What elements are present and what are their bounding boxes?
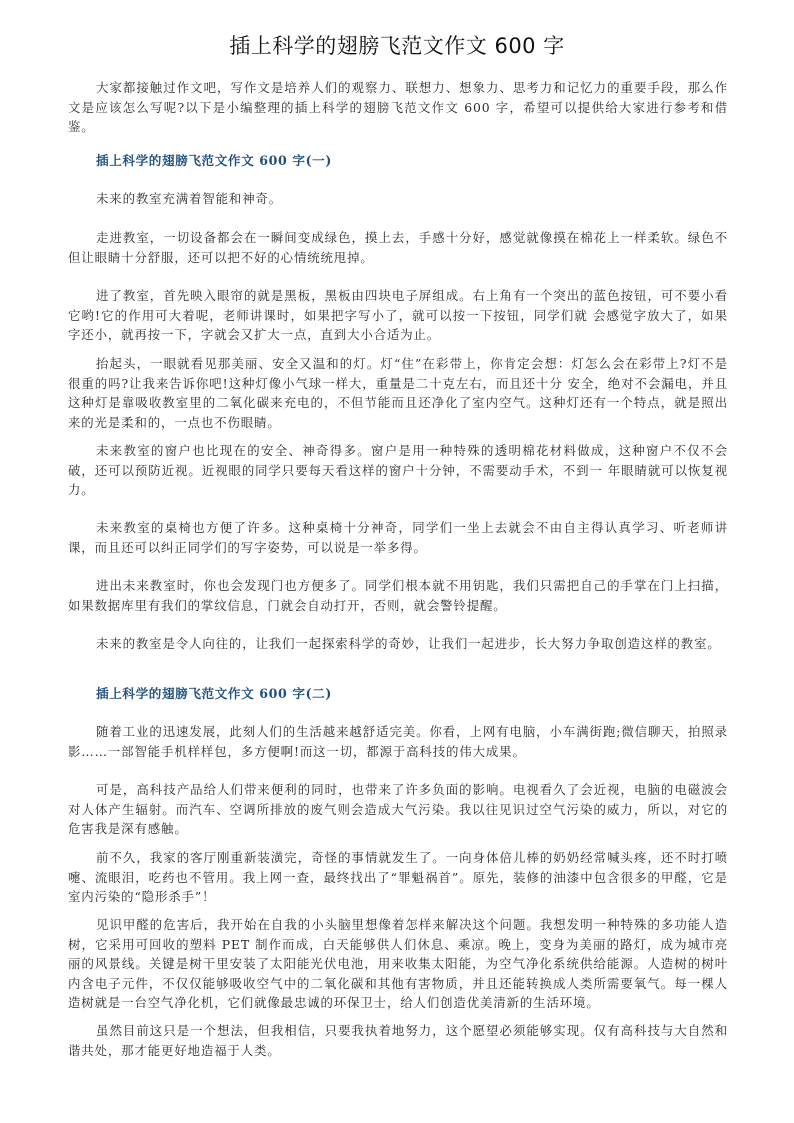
intro-paragraph: 大家都接触过作文吧，写作文是培养人们的观察力、联想力、想象力、思考力和记忆力的重… [68,78,728,137]
paragraph: 进了教室，首先映入眼帘的就是黑板，黑板由四块电子屏组成。右上角有一个突出的蓝色按… [68,286,728,345]
paragraph: 前不久，我家的客厅刚重新装潢完，奇怪的事情就发生了。一向身体倍儿棒的奶奶经常喊头… [68,848,728,907]
document-title: 插上科学的翅膀飞范文作文 600 字 [0,32,794,60]
paragraph: 走进教室，一切设备都会在一瞬间变成绿色，摸上去，手感十分好，感觉就像摸在棉花上一… [68,228,728,267]
paragraph: 未来的教室是令人向往的，让我们一起探索科学的奇妙，让我们一起进步，长大努力争取创… [68,634,728,654]
paragraph: 抬起头，一眼就看见那美丽、安全又温和的灯。灯“住”在彩带上，你肯定会想：灯怎么会… [68,354,728,432]
section-heading-1: 插上科学的翅膀飞范文作文 600 字(一) [96,151,332,171]
paragraph: 未来教室的桌椅也方便了许多。这种桌椅十分神奇，同学们一坐上去就会不由自主得认真学… [68,518,728,557]
paragraph: 随着工业的迅速发展，此刻人们的生活越来越舒适完美。你看，上网有电脑，小车满街跑;… [68,722,728,761]
paragraph: 未来教室的窗户也比现在的安全、神奇得多。窗户是用一种特殊的透明棉花材料做成，这种… [68,441,728,500]
section-heading-2: 插上科学的翅膀飞范文作文 600 字(二) [96,684,332,704]
paragraph: 虽然目前这只是一个想法，但我相信，只要我执着地努力，这个愿望必须能够实现。仅有高… [68,1021,728,1060]
paragraph: 未来的教室充满着智能和神奇。 [68,189,728,209]
paragraph: 进出未来教室时，你也会发现门也方便多了。同学们根本就不用钥匙，我们只需把自己的手… [68,576,728,615]
paragraph: 可是，高科技产品给人们带来便利的同时，也带来了许多负面的影响。电视看久了会近视，… [68,780,728,839]
paragraph: 见识甲醛的危害后，我开始在自我的小头脑里想像着怎样来解决这个问题。我想发明一种特… [68,915,728,1013]
